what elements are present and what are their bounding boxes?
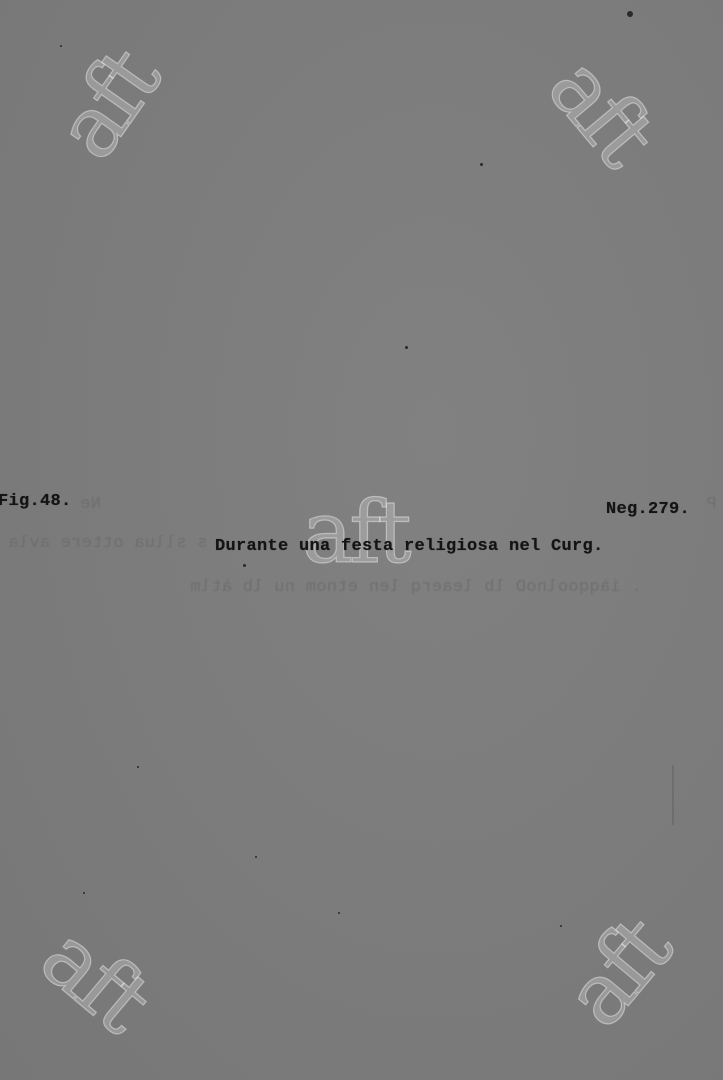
dust-speck bbox=[338, 912, 340, 914]
watermark-bottom-left: aft bbox=[27, 912, 163, 1046]
dust-speck bbox=[255, 856, 257, 858]
figure-label: Fig.48. bbox=[0, 492, 72, 511]
dust-speck bbox=[243, 564, 246, 567]
show-through-fragment-right: P bbox=[706, 495, 717, 514]
watermark-center: aft bbox=[302, 490, 408, 576]
watermark-top-right: aft bbox=[534, 43, 668, 179]
watermark-top-left: aft bbox=[42, 37, 173, 173]
show-through-line-1: s sllua ottere avla bbox=[8, 534, 208, 553]
dust-speck bbox=[83, 892, 85, 894]
show-through-fragment-top: Ne bbox=[80, 495, 101, 514]
dust-speck bbox=[480, 163, 483, 166]
caption: Durante una festa religiosa nel Curg. bbox=[215, 537, 604, 556]
watermark-bottom-right: aft bbox=[551, 905, 685, 1041]
show-through-line-2: . iàqqoolnoD lb leaerq len etnom nu lb à… bbox=[190, 578, 642, 597]
negative-label: Neg.279. bbox=[606, 500, 690, 519]
dust-speck bbox=[627, 11, 633, 17]
dust-speck bbox=[405, 346, 408, 349]
dust-speck bbox=[137, 766, 139, 768]
dust-speck bbox=[560, 925, 562, 927]
scanned-page: aft aft aft aft aft s sllua ottere avla … bbox=[0, 0, 723, 1080]
dust-speck bbox=[60, 45, 62, 47]
scratch-mark bbox=[672, 765, 674, 825]
